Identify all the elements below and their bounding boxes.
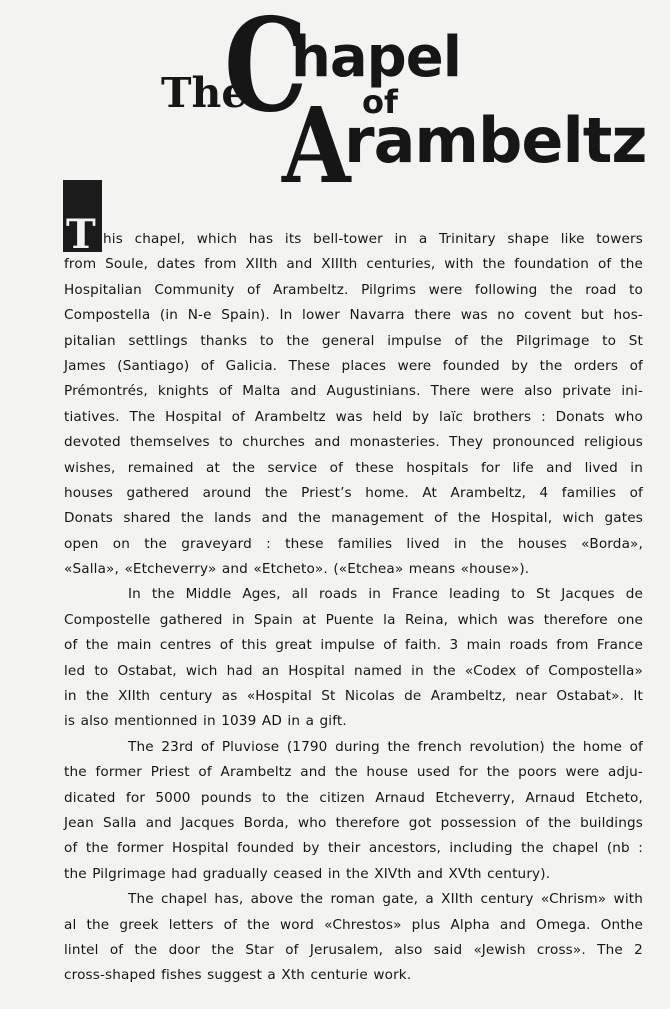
body-line: pitalian settlings thanks to the general… [64, 329, 643, 354]
body-line: Compostella (in N-e Spain). In lower Nav… [64, 303, 643, 328]
body-line: open on the graveyard : these families l… [64, 532, 643, 557]
title-initial-a: A [282, 94, 351, 198]
body-line: the former Priest of Arambeltz and the h… [64, 760, 643, 785]
document-page: The C hapel of A rambeltz T his chapel, … [0, 0, 670, 1009]
body-line: al the greek letters of the word «Chrest… [64, 913, 643, 938]
body-line: Compostelle gathered in Spain at Puente … [64, 608, 643, 633]
body-line: James (Santiago) of Galicia. These place… [64, 354, 643, 379]
body-line: The chapel has, above the roman gate, a … [64, 887, 643, 912]
body-line: «Salla», «Etcheverry» and «Etcheto». («E… [64, 557, 643, 582]
body-line: in the XIIth century as «Hospital St Nic… [64, 684, 643, 709]
body-line: of the former Hospital founded by their … [64, 836, 643, 861]
body-line: The 23rd of Pluviose (1790 during the fr… [64, 735, 643, 760]
body-line: from Soule, dates from XIIth and XIIIth … [64, 252, 643, 277]
body-line: is also mentionned in 1039 AD in a gift. [64, 709, 643, 734]
body-line: In the Middle Ages, all roads in France … [64, 582, 643, 607]
body-line: cross-shaped fishes suggest a Xth centur… [64, 963, 643, 988]
body-line: houses gathered around the Priest’s home… [64, 481, 643, 506]
body-line: devoted themselves to churches and monas… [64, 430, 643, 455]
body-line: Prémontrés, knights of Malta and Augusti… [64, 379, 643, 404]
body-line: dicated for 5000 pounds to the citizen A… [64, 786, 643, 811]
body-line: Hospitalian Community of Arambeltz. Pilg… [64, 278, 643, 303]
body-line: tiatives. The Hospital of Arambeltz was … [64, 405, 643, 430]
body-line: the Pilgrimage had gradually ceased in t… [64, 862, 643, 887]
body-line: Donats shared the lands and the manageme… [64, 506, 643, 531]
body-line: his chapel, which has its bell-tower in … [64, 227, 643, 252]
body-text: his chapel, which has its bell-tower in … [64, 227, 643, 989]
body-line: lintel of the door the Star of Jerusalem… [64, 938, 643, 963]
title-word-arambeltz: rambeltz [344, 110, 646, 172]
title-word-chapel: hapel [291, 30, 461, 86]
body-line: of the main centres of this great impuls… [64, 633, 643, 658]
document-title: The C hapel of A rambeltz [0, 0, 670, 195]
body-line: Jean Salla and Jacques Borda, who theref… [64, 811, 643, 836]
body-line: wishes, remained at the service of these… [64, 456, 643, 481]
body-line: led to Ostabat, wich had an Hospital nam… [64, 659, 643, 684]
